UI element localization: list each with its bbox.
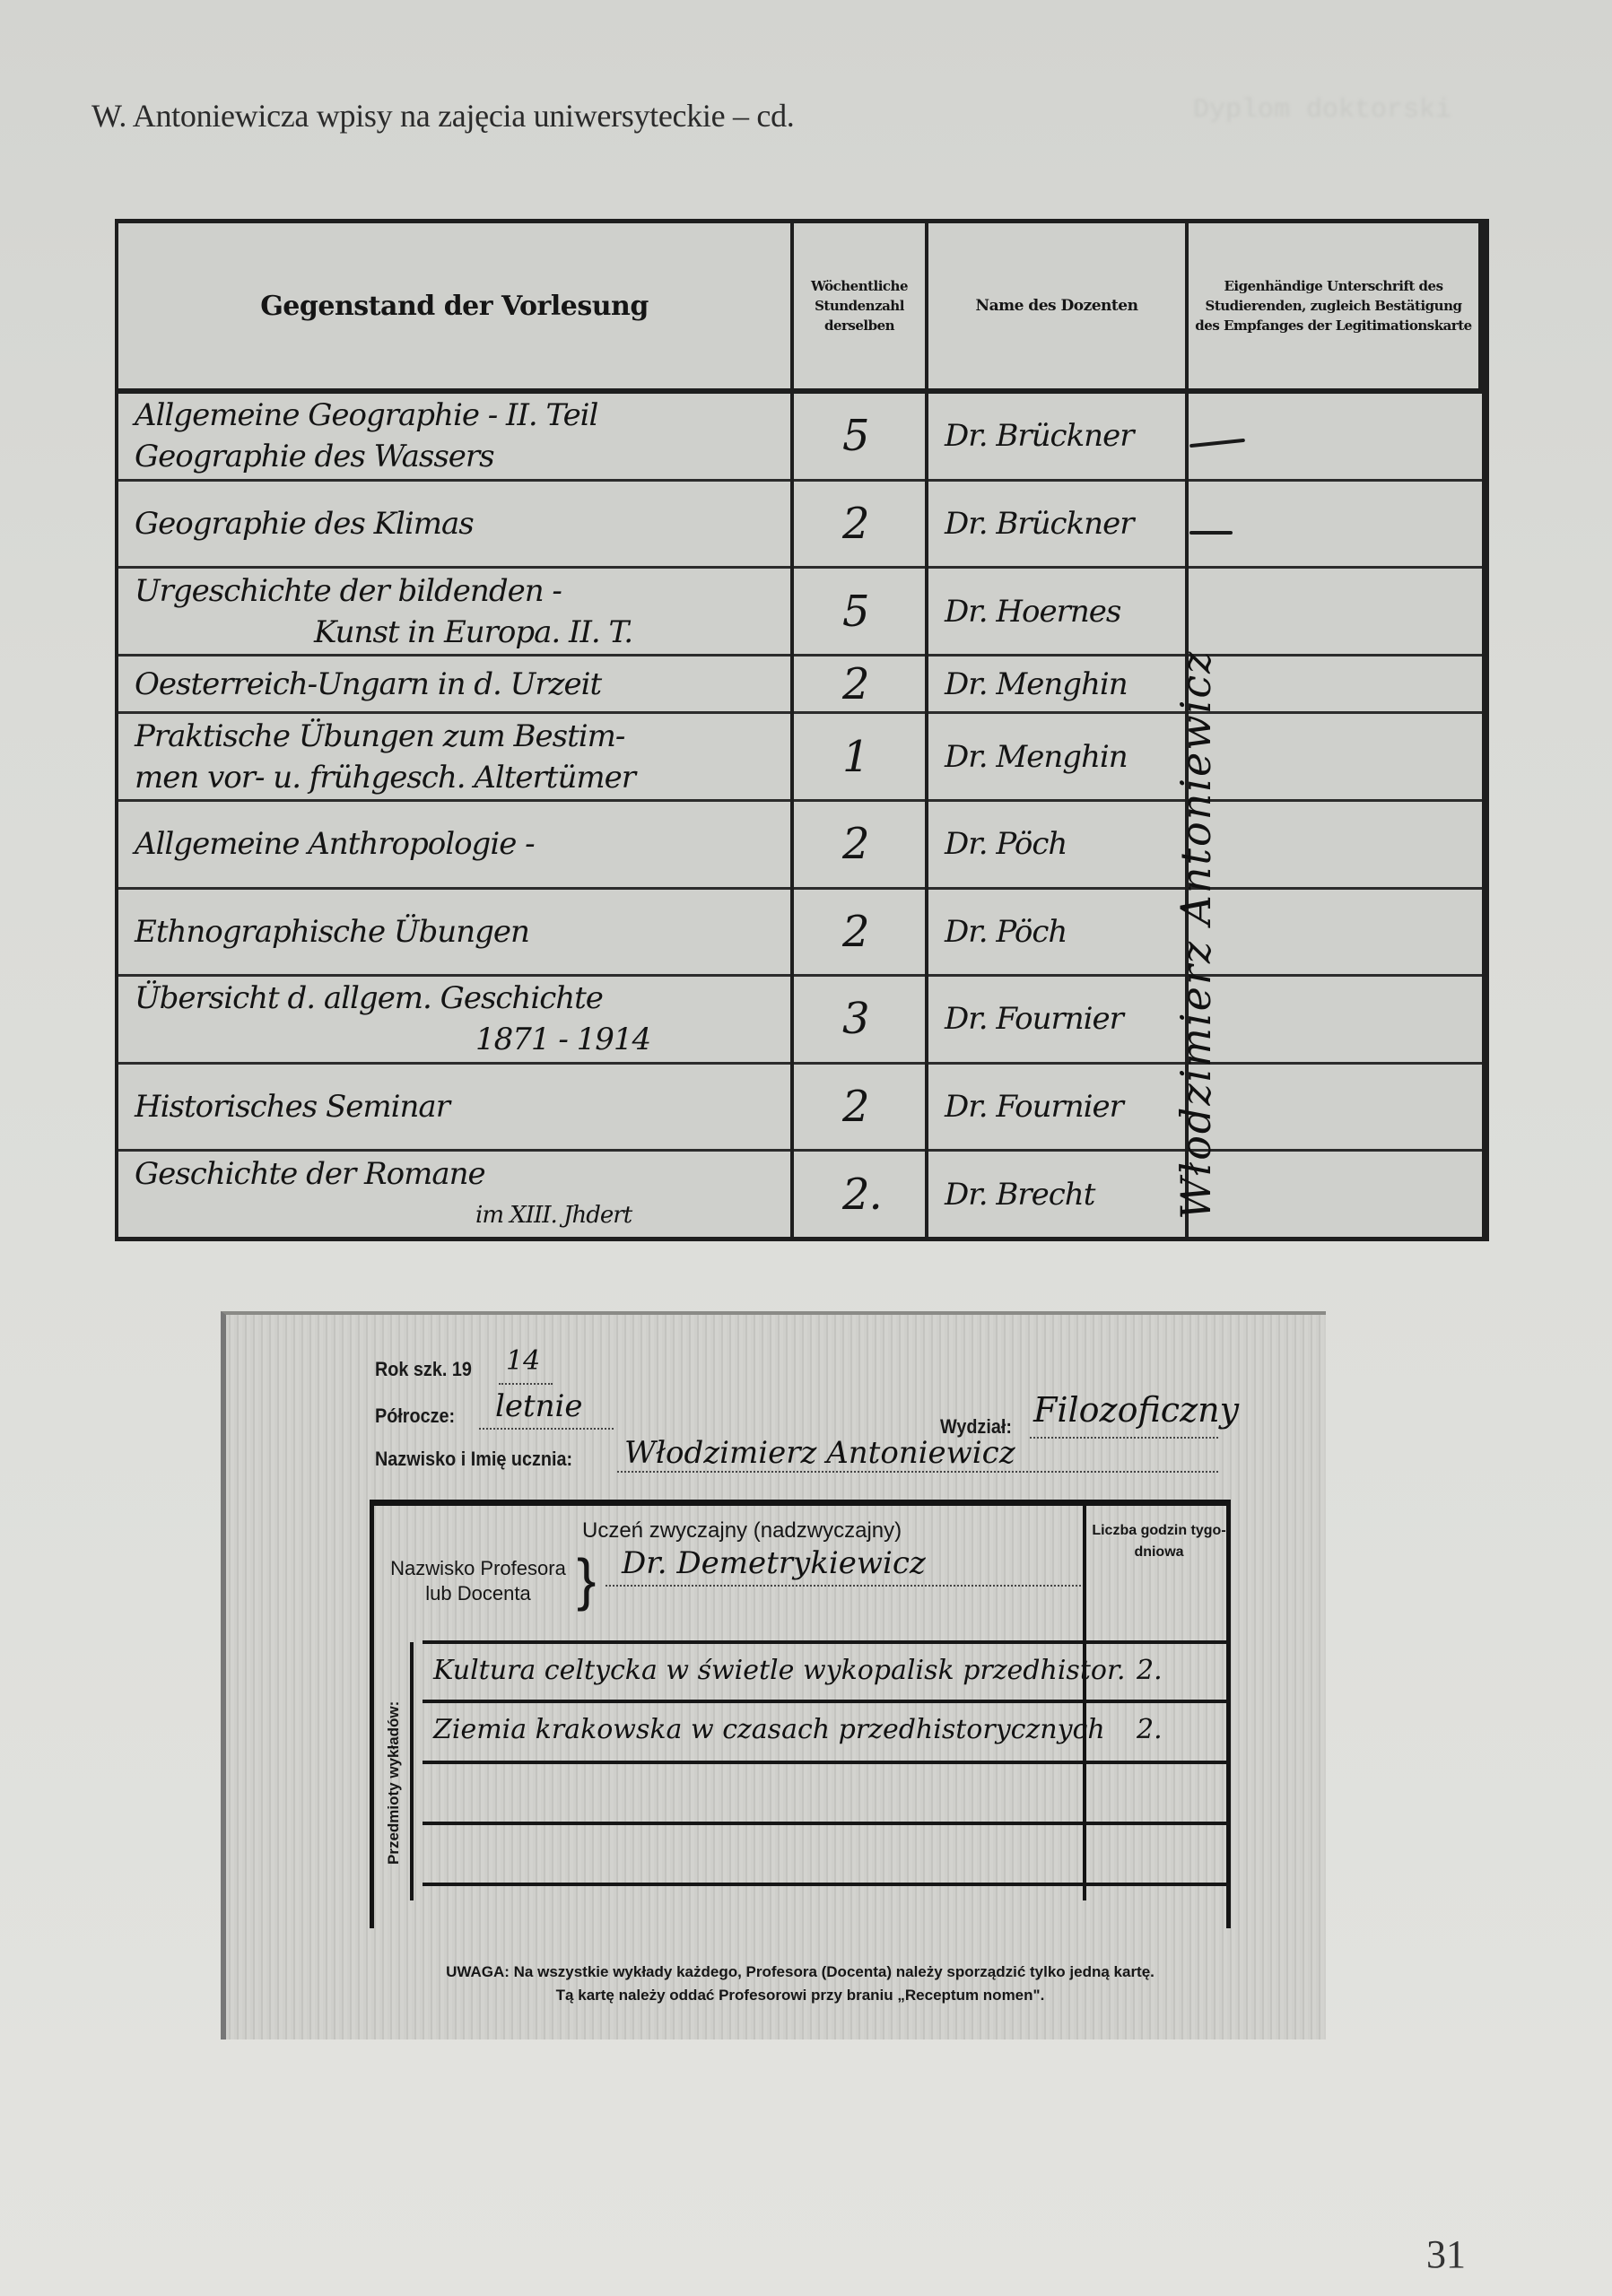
signature-column xyxy=(1189,394,1482,1237)
hours-value: 2 xyxy=(810,503,925,544)
column-header-signature: Eigenhändige Unterschrift des Studierend… xyxy=(1189,223,1482,394)
hours-value: 2 xyxy=(810,823,925,865)
lecturer-name: Dr. Hoernes xyxy=(945,591,1185,632)
hours-value: 5 xyxy=(810,591,925,632)
lecturer-name: Dr. Fournier xyxy=(945,998,1185,1039)
subject-entry: Ziemia krakowska w czasach przedhistoryc… xyxy=(433,1714,1105,1745)
student-type: Uczeń zwyczajny (nadzwyczajny) xyxy=(582,1518,902,1544)
lecturer-name: Dr. Pöch xyxy=(945,823,1185,865)
divider xyxy=(423,1700,1230,1703)
divider xyxy=(423,1761,1230,1764)
professor-value: Dr. Demetrykiewicz xyxy=(622,1545,926,1581)
subjects-label: Przedmioty wykładów: xyxy=(385,1701,403,1865)
ditto-mark xyxy=(1189,531,1233,535)
hours-header: Liczba godzin tygo- dniowa xyxy=(1092,1520,1226,1563)
table-row: Geographie des Klimas xyxy=(118,482,790,570)
lecturer-name: Dr. Brückner xyxy=(945,503,1185,544)
table-row: Historisches Seminar xyxy=(118,1065,790,1152)
brace-icon: } xyxy=(577,1551,596,1608)
subject-hours: 2. xyxy=(1137,1714,1163,1745)
divider xyxy=(423,1822,1230,1825)
professor-label: Nazwisko Profesora lub Docenta xyxy=(379,1556,577,1606)
lecturer-column: Dr. Brückner Dr. Brückner Dr. Hoernes Dr… xyxy=(928,394,1189,1237)
table-row: Geschichte der Romaneim XIII. Jhdert xyxy=(118,1152,790,1237)
student-signature: Włodzimierz Antoniewicz xyxy=(1172,650,1220,1220)
column-header-lecturer: Name des Dozenten xyxy=(928,223,1189,394)
hours-value: 2 xyxy=(810,1086,925,1127)
hours-value: 2 xyxy=(810,911,925,952)
table-row: Allgemeine Anthropologie - xyxy=(118,802,790,890)
hours-value: 1 xyxy=(810,736,925,778)
hours-value: 2. xyxy=(810,1174,925,1215)
semester-label: Półrocze: xyxy=(375,1405,455,1428)
table-row: Urgeschichte der bildenden -Kunst in Eur… xyxy=(118,569,790,657)
column-header-subject: Gegenstand der Vorlesung xyxy=(118,223,794,394)
card-note: UWAGA: Na wszystkie wykłady każdego, Pro… xyxy=(370,1961,1231,2007)
table-row: Oesterreich-Ungarn in d. Urzeit xyxy=(118,657,790,715)
hours-value: 5 xyxy=(810,415,925,457)
year-value: 14 xyxy=(506,1345,540,1377)
registration-table: Gegenstand der Vorlesung Wöchentliche St… xyxy=(115,219,1489,1241)
lecturer-name: Dr. Fournier xyxy=(945,1086,1185,1127)
lecturer-name: Dr. Pöch xyxy=(945,911,1185,952)
course-card: Rok szk. 19 14 Półrocze: letnie Wydział:… xyxy=(221,1311,1326,2039)
lecturer-name: Dr. Menghin xyxy=(945,736,1185,778)
lecturer-name: Dr. Brecht xyxy=(945,1174,1185,1215)
divider xyxy=(423,1883,1230,1886)
page-number: 31 xyxy=(1426,2231,1466,2277)
student-value: Włodzimierz Antoniewicz xyxy=(624,1435,1015,1471)
lecturer-name: Dr. Brückner xyxy=(945,415,1185,457)
hours-value: 2 xyxy=(810,664,925,705)
table-row: Praktische Übungen zum Bestim-men vor- u… xyxy=(118,714,790,802)
faculty-value: Filozoficzny xyxy=(1033,1390,1239,1430)
subject-entry: Kultura celtycka w świetle wykopalisk pr… xyxy=(433,1655,1126,1686)
hours-value: 3 xyxy=(810,998,925,1039)
lectures-table: Uczeń zwyczajny (nadzwyczajny) Nazwisko … xyxy=(370,1500,1231,1928)
table-row: Ethnographische Übungen xyxy=(118,890,790,978)
table-row: Übersicht d. allgem. Geschichte1871 - 19… xyxy=(118,977,790,1065)
column-header-hours: Wöchentliche Stundenzahl derselben xyxy=(794,223,928,394)
subject-column: Allgemeine Geographie - II. TeilGeograph… xyxy=(118,394,794,1237)
year-label: Rok szk. 19 xyxy=(375,1358,472,1381)
hours-column: 5 2 5 2 1 2 2 3 2 2. xyxy=(794,394,928,1237)
table-row: Allgemeine Geographie - II. TeilGeograph… xyxy=(118,394,790,482)
subject-hours: 2. xyxy=(1137,1655,1163,1686)
semester-value: letnie xyxy=(495,1388,583,1424)
bleed-through-text: Dyplom doktorski xyxy=(1193,95,1451,126)
student-label: Nazwisko i Imię ucznia: xyxy=(375,1448,572,1471)
page-header: W. Antoniewicza wpisy na zajęcia uniwers… xyxy=(91,97,794,135)
divider xyxy=(423,1640,1230,1644)
lecturer-name: Dr. Menghin xyxy=(945,664,1185,705)
